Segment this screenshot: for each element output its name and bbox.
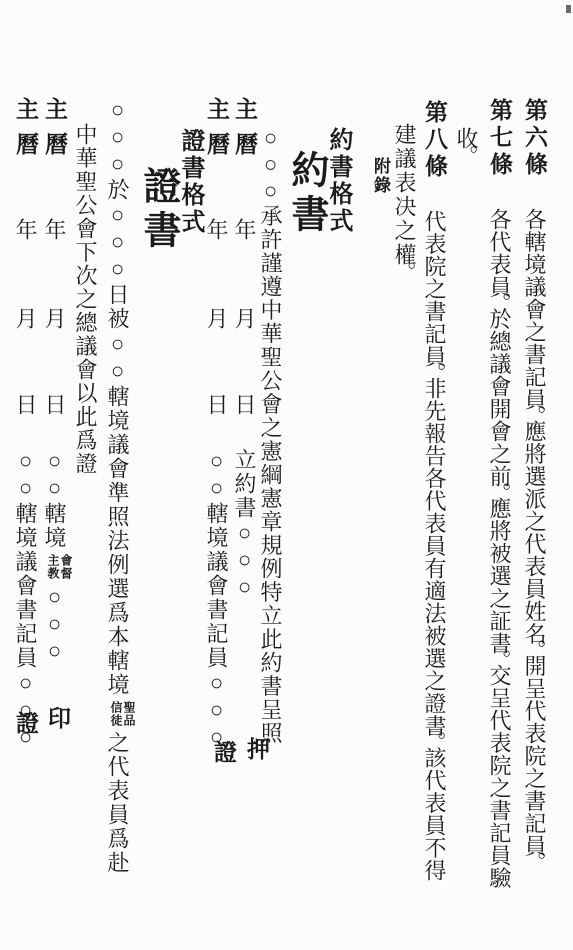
day-label: 日 — [42, 393, 67, 415]
signature-end: ○○○ — [42, 584, 67, 665]
article-6-number: 第六條 — [522, 98, 547, 179]
covenant-date-column-secretary: 主曆 年 月 日 ○○轄境議會書記員○○○ — [202, 97, 230, 751]
era-label: 主曆 — [42, 97, 67, 167]
month-label: 月 — [13, 307, 38, 329]
signature-start: ○○轄境 — [42, 448, 67, 550]
certificate-body-start: ○○○於○○○日被○○轄境議會準照法例選爲本轄境 — [105, 97, 130, 697]
year-label: 年 — [42, 218, 67, 240]
article-6-column: 第六條 各轄境議會之書記員。應將選派之代表員姓名。開呈代表院之書記員。 — [520, 98, 548, 867]
certificate-bishop-seal: 印 — [48, 700, 71, 733]
month-label: 月 — [42, 307, 67, 329]
article-8-column: 第八條 代表院之書記員。非先報告各代表員有適法被選之證書。該代表員不得 — [420, 100, 448, 882]
certificate-date-column-bishop: 主曆 年 月 日 ○○轄境會督主教○○○ — [40, 97, 72, 665]
note-left: 信徒 — [109, 701, 122, 727]
inline-note-title: 會督主教 — [46, 554, 72, 580]
month-label: 月 — [204, 307, 229, 329]
era-label: 主曆 — [204, 97, 229, 167]
covenant-format-title: 約書格式 — [324, 127, 352, 235]
year-label: 年 — [204, 218, 229, 240]
certificate-secretary-seal: 證 — [16, 705, 39, 738]
year-label: 年 — [13, 218, 38, 240]
covenant-date-column-signer: 主曆 年 月 日 立約書○○○ — [230, 97, 258, 601]
article-7-number: 第七條 — [487, 98, 512, 179]
signature-text: ○○轄境議會書記員○○○ — [204, 448, 229, 751]
era-label: 主曆 — [232, 97, 257, 167]
article-7-column: 第七條 各代表員。於總議會開會之前。應將被選之証書。交呈代表院之書記員驗 — [485, 98, 513, 889]
covenant-title: 約書 — [285, 150, 327, 238]
day-label: 日 — [204, 393, 229, 415]
appendix-label: 附錄 — [366, 157, 394, 195]
era-label: 主曆 — [13, 97, 38, 167]
day-label: 日 — [232, 393, 257, 415]
day-label: 日 — [13, 393, 38, 415]
article-8-body: 代表院之書記員。非先報告各代表員有適法被選之證書。該代表員不得 — [422, 210, 447, 882]
note-left: 主教 — [46, 554, 59, 580]
signature-text: ○○轄境會督主教○○○ — [42, 448, 67, 665]
covenant-signer-seal: 押 — [247, 731, 270, 764]
article-7-carry-column: 收。 — [452, 127, 480, 162]
note-right: 聖品 — [122, 701, 135, 727]
certificate-body-line2: 中華聖公會下次之總議會以此爲證 — [71, 123, 99, 476]
article-6-body: 各轄境議會之書記員。應將選派之代表員姓名。開呈代表院之書記員。 — [522, 208, 547, 867]
certificate-date-column-secretary: 主曆 年 月 日 ○○轄境議會書記員○○○ — [11, 97, 39, 751]
article-8-carry-column: 建議表决之權。 — [390, 123, 418, 278]
certificate-format-title: 證書格式 — [176, 128, 204, 236]
certificate-body-end: 之代表員爲赴 — [105, 731, 130, 875]
scanned-book-page: 第六條 各轄境議會之書記員。應將選派之代表員姓名。開呈代表院之書記員。 第七條 … — [0, 0, 573, 950]
article-7-body: 各代表員。於總議會開會之前。應將被選之証書。交呈代表院之書記員驗 — [487, 208, 512, 889]
covenant-secretary-seal: 證 — [214, 734, 237, 767]
covenant-body: ○○○承許謹遵中華聖公會之憲綱憲章規例特立此約書呈照 — [256, 125, 284, 745]
inline-note-rank: 聖品信徒 — [109, 701, 135, 727]
year-label: 年 — [232, 218, 257, 240]
article-8-number: 第八條 — [422, 100, 447, 181]
certificate-title: 證書 — [137, 166, 179, 254]
certificate-body: ○○○於○○○日被○○轄境議會準照法例選爲本轄境聖品信徒之代表員爲赴 — [103, 97, 135, 875]
scan-artifact — [566, 5, 571, 13]
month-label: 月 — [232, 307, 257, 329]
note-right: 會督 — [59, 554, 72, 580]
signature-text: 立約書○○○ — [232, 448, 257, 601]
